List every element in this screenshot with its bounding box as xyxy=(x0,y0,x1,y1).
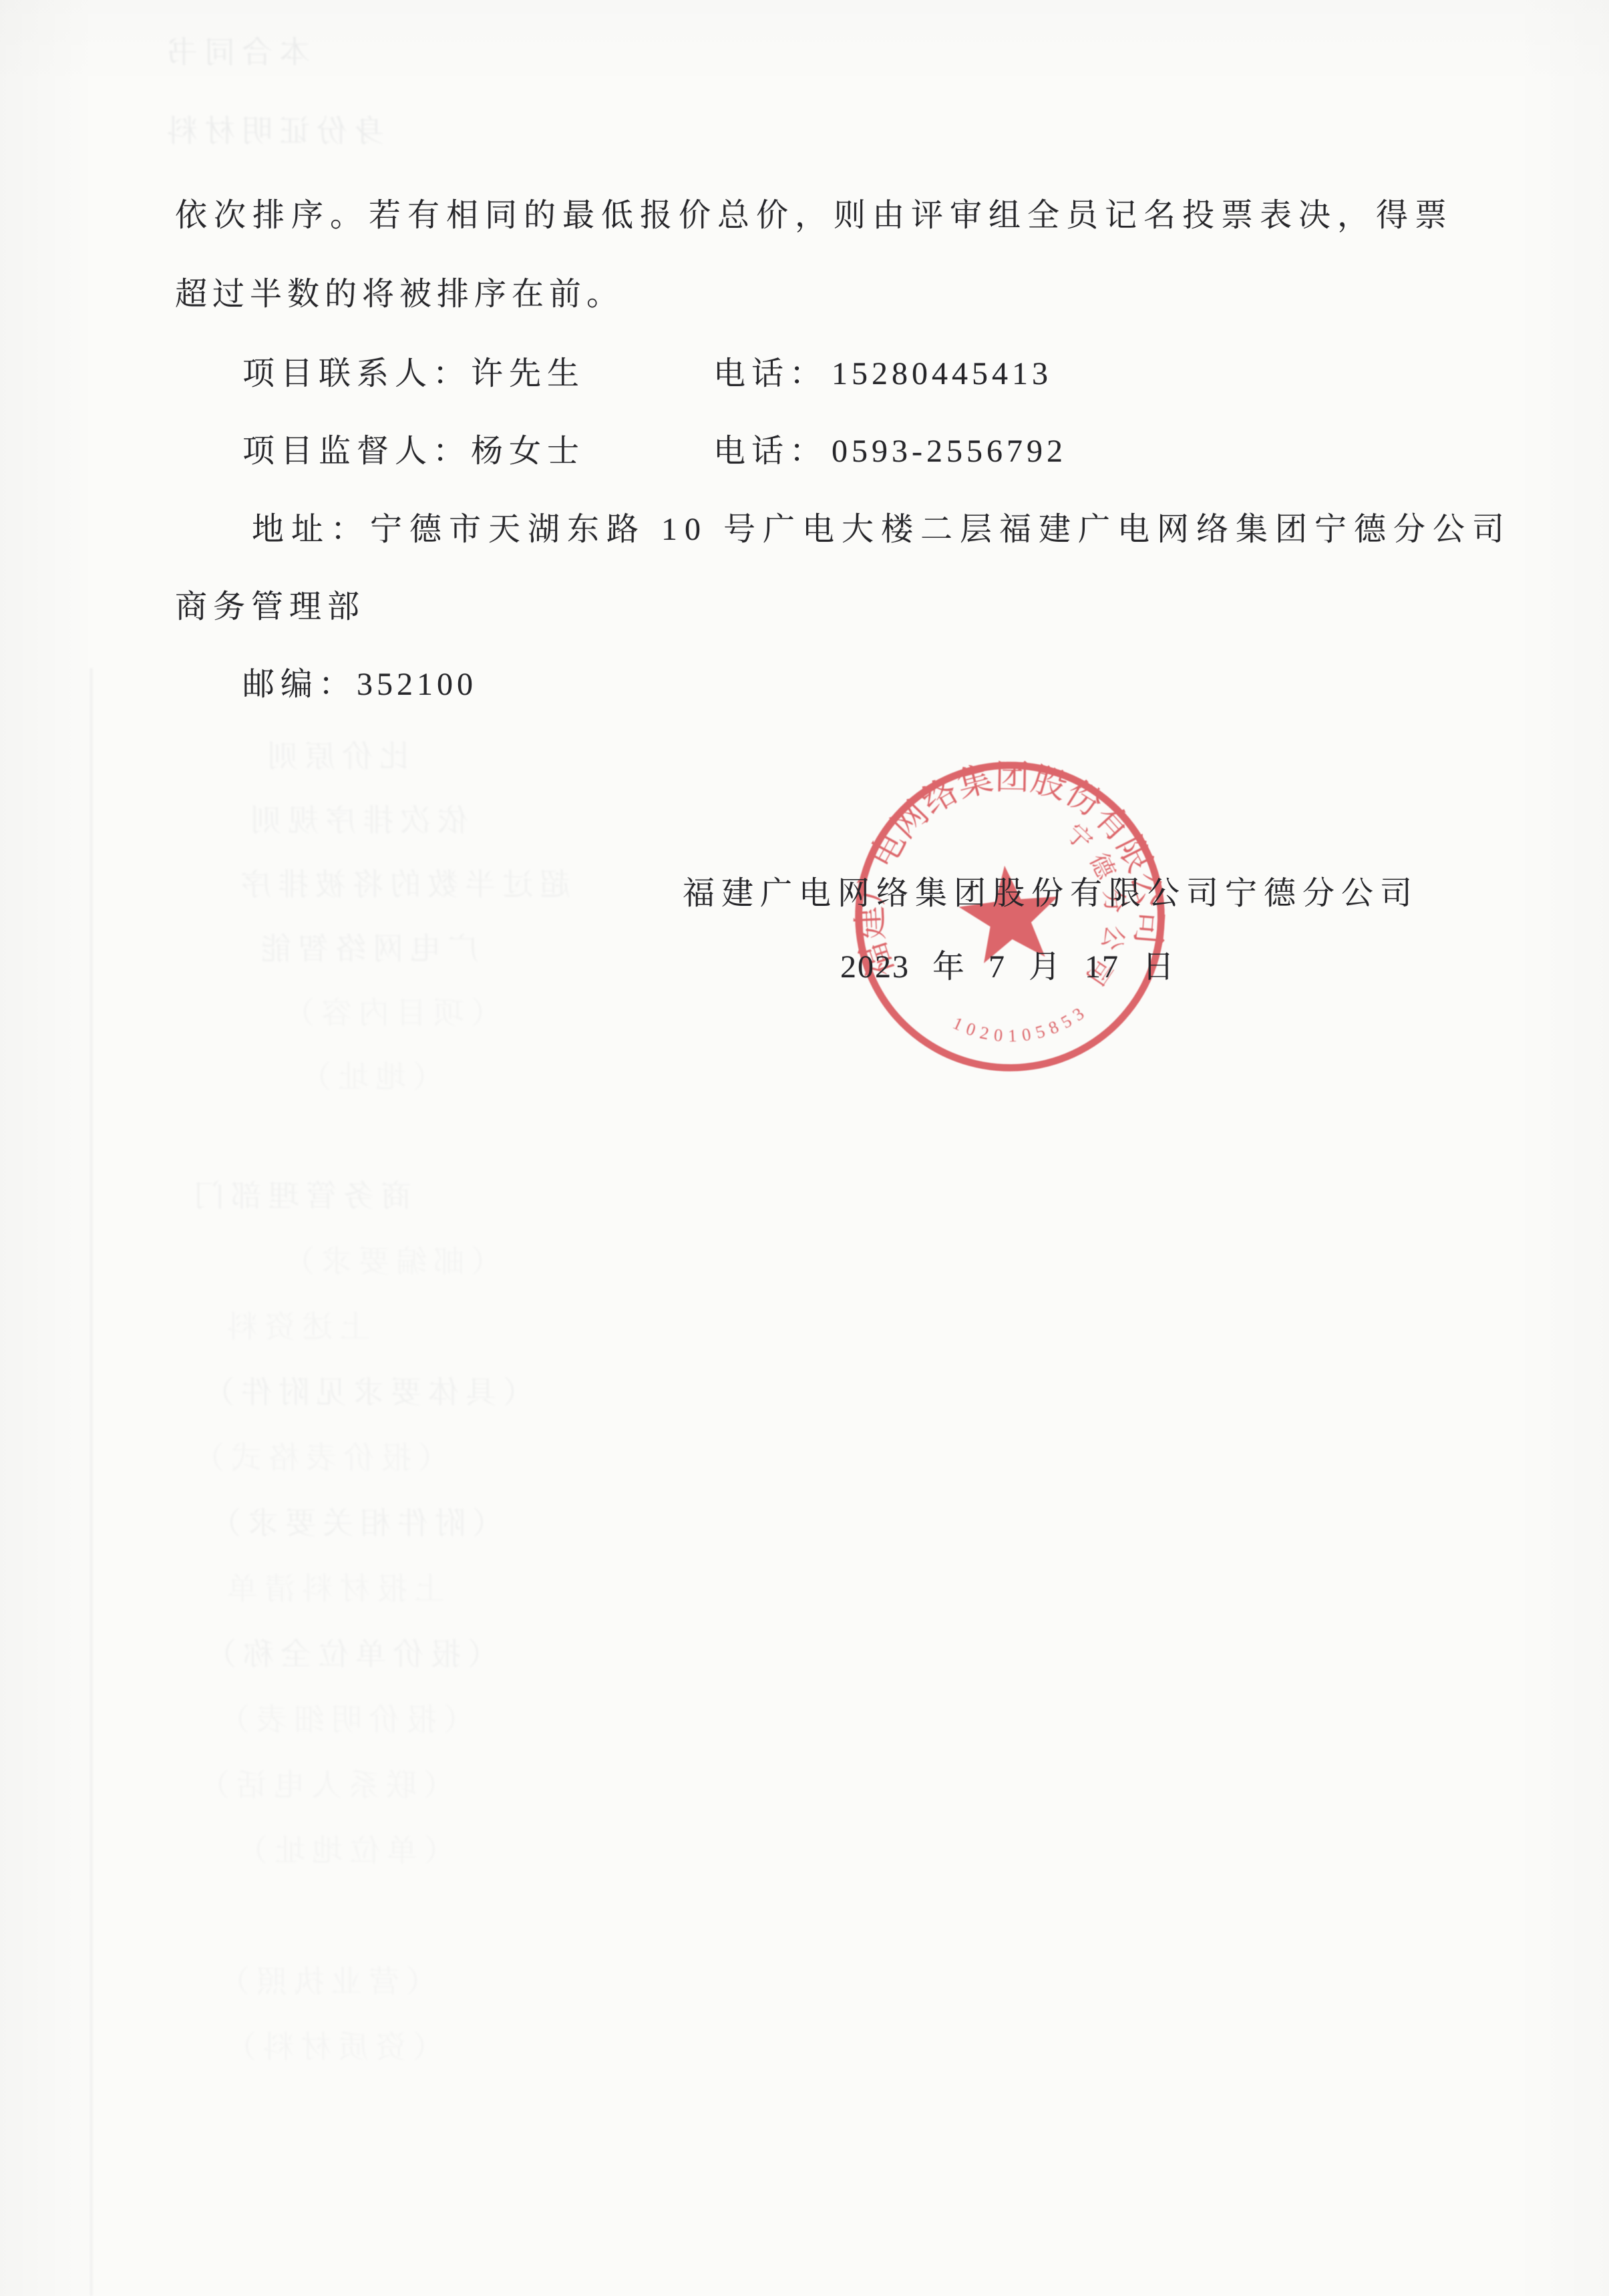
contact-row: 项目联系人：许先生 xyxy=(242,355,585,393)
paragraph-line: 超过半数的将被排序在前。 xyxy=(175,276,624,314)
bleedthrough-text-line: （单位地址） xyxy=(230,1826,455,1870)
postal-code: 352100 xyxy=(357,667,477,702)
bleedthrough-text-line: 本合同书 xyxy=(160,28,310,72)
bleedthrough-text-line: 身份证明材料 xyxy=(160,107,385,151)
bleedthrough-text-line: （邮编要求） xyxy=(277,1237,502,1281)
bleedthrough-text-line: 比价原则 xyxy=(260,732,410,776)
bleedthrough-text-line: 依次排序规则 xyxy=(244,796,468,840)
scan-streak xyxy=(90,668,93,2296)
bleedthrough-text-line: （联系人电话） xyxy=(192,1761,454,1805)
bleedthrough-text-line: 广电网络智能 xyxy=(254,925,478,969)
phone-number: 0593-2556792 xyxy=(832,433,1067,471)
contact-row: 项目监督人：杨女士 xyxy=(242,433,585,471)
contact-label: 项目联系人： xyxy=(242,356,471,391)
seal-serial-number: 1020105853 xyxy=(948,999,1094,1052)
bleedthrough-text-line: （项目内容） xyxy=(277,989,502,1033)
bleedthrough-text-line: 上述资料 xyxy=(220,1303,370,1347)
bleedthrough-text-line: （报价单位全称） xyxy=(199,1630,498,1674)
bleedthrough-text-line: （资质材料） xyxy=(219,2023,443,2067)
phone-number: 15280445413 xyxy=(832,355,1052,393)
signature-date: 2023 年 7 月 17 日 xyxy=(840,949,1176,987)
address-line: 地址：宁德市天湖东路 10 号广电大楼二层福建广电网络集团宁德分公司 xyxy=(252,511,1511,549)
phone-label: 电话： xyxy=(713,433,828,471)
bleedthrough-text-line: 商务管理部门 xyxy=(187,1172,411,1216)
department-line: 商务管理部 xyxy=(175,589,365,627)
contact-name: 许先生 xyxy=(471,356,585,391)
bleedthrough-text-line: （营业执照） xyxy=(212,1957,437,2001)
bleedthrough-text-line: 超过半数的将被排序 xyxy=(234,860,570,905)
bleedthrough-text-line: （报价明细表） xyxy=(212,1695,474,1740)
postal-label: 邮编： xyxy=(242,667,357,702)
postal-line: 邮编：352100 xyxy=(242,666,477,704)
bleedthrough-text-line: （报价表格式） xyxy=(187,1434,449,1478)
scanned-document-page: 本合同书 身份证明材料 比价原则 依次排序规则 超过半数的将被排序 广电网络智能… xyxy=(0,0,1609,2296)
contact-label: 项目监督人： xyxy=(242,434,471,469)
bleedthrough-text-line: （具体要求见附件） xyxy=(197,1368,534,1412)
bleedthrough-text-line: 上报材料清单 xyxy=(220,1565,445,1609)
company-seal: 福建广电网络集团股份有限公司 宁德分公司 1020105853 xyxy=(830,737,1190,1097)
paragraph-line: 依次排序。若有相同的最低报价总价，则由评审组全员记名投票表决，得票 xyxy=(175,197,1453,235)
bleedthrough-text-line: （附件相关要求） xyxy=(204,1499,503,1543)
phone-label: 电话： xyxy=(713,355,828,393)
signature-company: 福建广电网络集团股份有限公司宁德分公司 xyxy=(683,875,1419,913)
contact-name: 杨女士 xyxy=(471,434,585,469)
bleedthrough-text-line: （地址） xyxy=(294,1053,443,1097)
svg-text:1020105853: 1020105853 xyxy=(948,999,1094,1052)
